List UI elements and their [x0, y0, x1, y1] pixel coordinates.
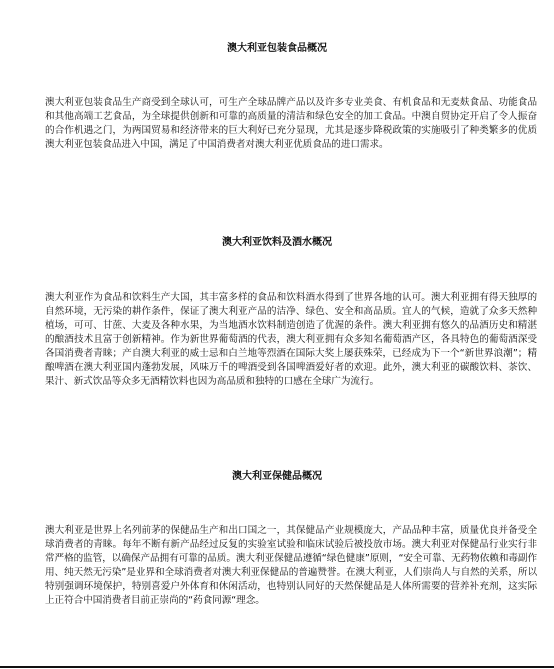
page-bottom-divider — [0, 666, 554, 668]
section-title-health-products: 澳大利亚保健品概况 — [0, 470, 554, 484]
section-body-beverages: 澳大利亚作为食品和饮料生产大国，其丰富多样的食品和饮料酒水得到了世界各地的认可。… — [45, 291, 537, 389]
section-body-packaged-food: 澳大利亚包装食品生产商受到全球认可，可生产全球品牌产品以及许多专业美食、有机食品… — [45, 96, 537, 152]
section-title-beverages: 澳大利亚饮料及酒水概况 — [0, 236, 554, 250]
section-title-packaged-food: 澳大利亚包装食品概况 — [0, 42, 554, 56]
section-body-health-products: 澳大利亚是世界上名列前茅的保健品生产和出口国之一，其保健品产业规模庞大，产品品种… — [45, 524, 537, 608]
